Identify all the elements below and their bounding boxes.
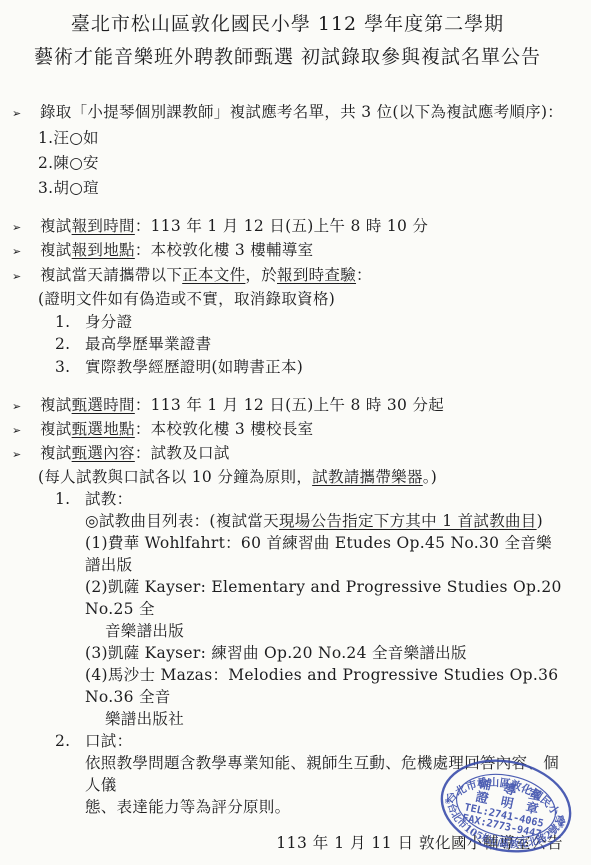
checkin-doc-item-1: 1. 身分證 xyxy=(55,311,565,334)
checkin-note-line: (證明文件如有偽造或不實，取消錄取資格) xyxy=(38,288,565,311)
checkin-doc-item-2: 2. 最高學歷畢業證書 xyxy=(55,333,565,356)
recruit-heading-line: ➢ 錄取「小提琴個別課教師」複試應考名單，共 3 位(以下為複試應考順序)： xyxy=(10,101,565,126)
recruit-heading-text: 錄取「小提琴個別課教師」複試應考名單，共 3 位(以下為複試應考順序)： xyxy=(40,101,565,126)
list-header-post: ) xyxy=(537,512,543,530)
exam-time-post: ：113 年 1 月 12 日(五)上午 8 時 30 分起 xyxy=(135,396,444,414)
item-number: 2. xyxy=(55,730,85,752)
exam-time-text: 複試甄選時間：113 年 1 月 12 日(五)上午 8 時 30 分起 xyxy=(40,394,565,418)
item-text: 最高學歷畢業證書 xyxy=(85,333,565,356)
checkin-place-underlined: 報到地點 xyxy=(72,241,135,259)
document-page: 臺北市松山區敦化國民小學 112 學年度第二學期 藝術才能音樂班外聘教師甄選 初… xyxy=(0,0,591,865)
exam-place-pre: 複試 xyxy=(40,420,72,438)
list-header-pre: ◎試教曲目列表：(複試當天 xyxy=(85,512,279,530)
exam-time-line: ➢ 複試甄選時間：113 年 1 月 12 日(五)上午 8 時 30 分起 xyxy=(10,394,565,418)
teach-piece-4-line2: 樂譜出版社 xyxy=(105,708,565,730)
item-number: 1. xyxy=(55,311,85,334)
stamp-flower-right-icon: ❀ xyxy=(557,820,566,830)
section-checkin-info: ➢ 複試報到時間：113 年 1 月 12 日(五)上午 8 時 10 分 ➢ … xyxy=(10,215,565,379)
arrow-bullet-icon: ➢ xyxy=(10,215,40,240)
arrow-bullet-icon: ➢ xyxy=(10,239,40,264)
teach-piece-3: (3)凱薩 Kayser: 練習曲 Op.20 No.24 全音樂譜出版 xyxy=(85,642,565,664)
exam-place-underlined: 甄選地點 xyxy=(72,420,135,438)
teach-piece-2-line1: (2)凱薩 Kayser: Elementary and Progressive… xyxy=(85,576,565,620)
teach-piece-2-line2: 音樂譜出版 xyxy=(105,620,565,642)
checkin-place-pre: 複試 xyxy=(40,241,72,259)
exam-place-post: ：本校敦化樓 3 樓校長室 xyxy=(135,420,314,438)
doc-title-line2: 藝術才能音樂班外聘教師甄選 初試錄取參與複試名單公告 xyxy=(10,45,565,69)
exam-note-pre: (每人試教與口試各以 10 分鐘為原則， xyxy=(38,468,312,486)
item-number: 2. xyxy=(55,333,85,356)
exam-teach-heading: 1. 試教： xyxy=(55,488,565,510)
section-recruit-list: ➢ 錄取「小提琴個別課教師」複試應考名單，共 3 位(以下為複試應考順序)： 1… xyxy=(10,101,565,201)
checkin-time-post: ：113 年 1 月 12 日(五)上午 8 時 10 分 xyxy=(135,217,428,235)
exam-content-line: ➢ 複試甄選內容：試教及口試 xyxy=(10,442,565,466)
exam-place-text: 複試甄選地點：本校敦化樓 3 樓校長室 xyxy=(40,418,565,442)
arrow-bullet-icon: ➢ xyxy=(10,101,40,126)
item-text: 實際教學經歷證明(如聘書正本) xyxy=(85,356,565,379)
exam-content-pre: 複試 xyxy=(40,444,72,462)
arrow-bullet-icon: ➢ xyxy=(10,264,40,289)
checkin-docs-pre: 複試當天請攜帶以下 xyxy=(40,266,182,284)
exam-place-line: ➢ 複試甄選地點：本校敦化樓 3 樓校長室 xyxy=(10,418,565,442)
arrow-bullet-icon: ➢ xyxy=(10,418,40,442)
teach-piece-list-header: ◎試教曲目列表：(複試當天現場公告指定下方其中 1 首試教曲目) xyxy=(85,510,565,532)
exam-note-line: (每人試教與口試各以 10 分鐘為原則，試教請攜帶樂器。) xyxy=(38,466,565,488)
doc-title-line1: 臺北市松山區敦化國民小學 112 學年度第二學期 xyxy=(10,12,565,36)
candidate-name-1: 1.汪○如 xyxy=(38,126,565,151)
exam-note-underlined: 試教請攜帶樂器 xyxy=(312,468,423,486)
teach-piece-4-line1: (4)馬沙士 Mazas：Melodies and Progressive St… xyxy=(85,664,565,708)
checkin-docs-post: ： xyxy=(356,266,372,284)
candidate-name-3: 3.胡○瑄 xyxy=(38,176,565,201)
checkin-docs-line: ➢ 複試當天請攜帶以下正本文件，於報到時查驗： xyxy=(10,264,565,289)
checkin-place-line: ➢ 複試報到地點：本校敦化樓 3 樓輔導室 xyxy=(10,239,565,264)
checkin-docs-underlined-2: 報到時查驗 xyxy=(277,266,356,284)
checkin-place-post: ：本校敦化樓 3 樓輔導室 xyxy=(135,241,314,259)
checkin-docs-mid: ，於 xyxy=(245,266,277,284)
item-number: 3. xyxy=(55,356,85,379)
list-header-underlined: 現場公告指定下方其中 1 首試教曲目 xyxy=(279,512,537,530)
office-stamp: 台北市松山區敦化國民小學 台北市105松山區敦化北路2號 ❀ ❀ 輔導室 證明章… xyxy=(424,748,588,865)
item-number: 1. xyxy=(55,488,85,510)
checkin-place-text: 複試報到地點：本校敦化樓 3 樓輔導室 xyxy=(40,239,565,264)
exam-time-pre: 複試 xyxy=(40,396,72,414)
checkin-time-pre: 複試 xyxy=(40,217,72,235)
checkin-docs-underlined-1: 正本文件 xyxy=(182,266,245,284)
checkin-doc-item-3: 3. 實際教學經歷證明(如聘書正本) xyxy=(55,356,565,379)
exam-time-underlined: 甄選時間 xyxy=(72,396,135,414)
arrow-bullet-icon: ➢ xyxy=(10,442,40,466)
item-text: 試教： xyxy=(85,488,565,510)
candidate-name-2: 2.陳○安 xyxy=(38,151,565,176)
teach-piece-1: (1)費華 Wohlfahrt：60 首練習曲 Etudes Op.45 No.… xyxy=(85,532,565,576)
arrow-bullet-icon: ➢ xyxy=(10,394,40,418)
exam-content-text: 複試甄選內容：試教及口試 xyxy=(40,442,565,466)
checkin-docs-text: 複試當天請攜帶以下正本文件，於報到時查驗： xyxy=(40,264,565,289)
exam-content-post: ：試教及口試 xyxy=(135,444,230,462)
item-text: 身分證 xyxy=(85,311,565,334)
document-body: 臺北市松山區敦化國民小學 112 學年度第二學期 藝術才能音樂班外聘教師甄選 初… xyxy=(0,0,591,855)
exam-note-post: 。) xyxy=(423,468,437,486)
checkin-time-underlined: 報到時間 xyxy=(72,217,135,235)
exam-content-underlined: 甄選內容 xyxy=(72,444,135,462)
checkin-time-text: 複試報到時間：113 年 1 月 12 日(五)上午 8 時 10 分 xyxy=(40,215,565,240)
checkin-time-line: ➢ 複試報到時間：113 年 1 月 12 日(五)上午 8 時 10 分 xyxy=(10,215,565,240)
